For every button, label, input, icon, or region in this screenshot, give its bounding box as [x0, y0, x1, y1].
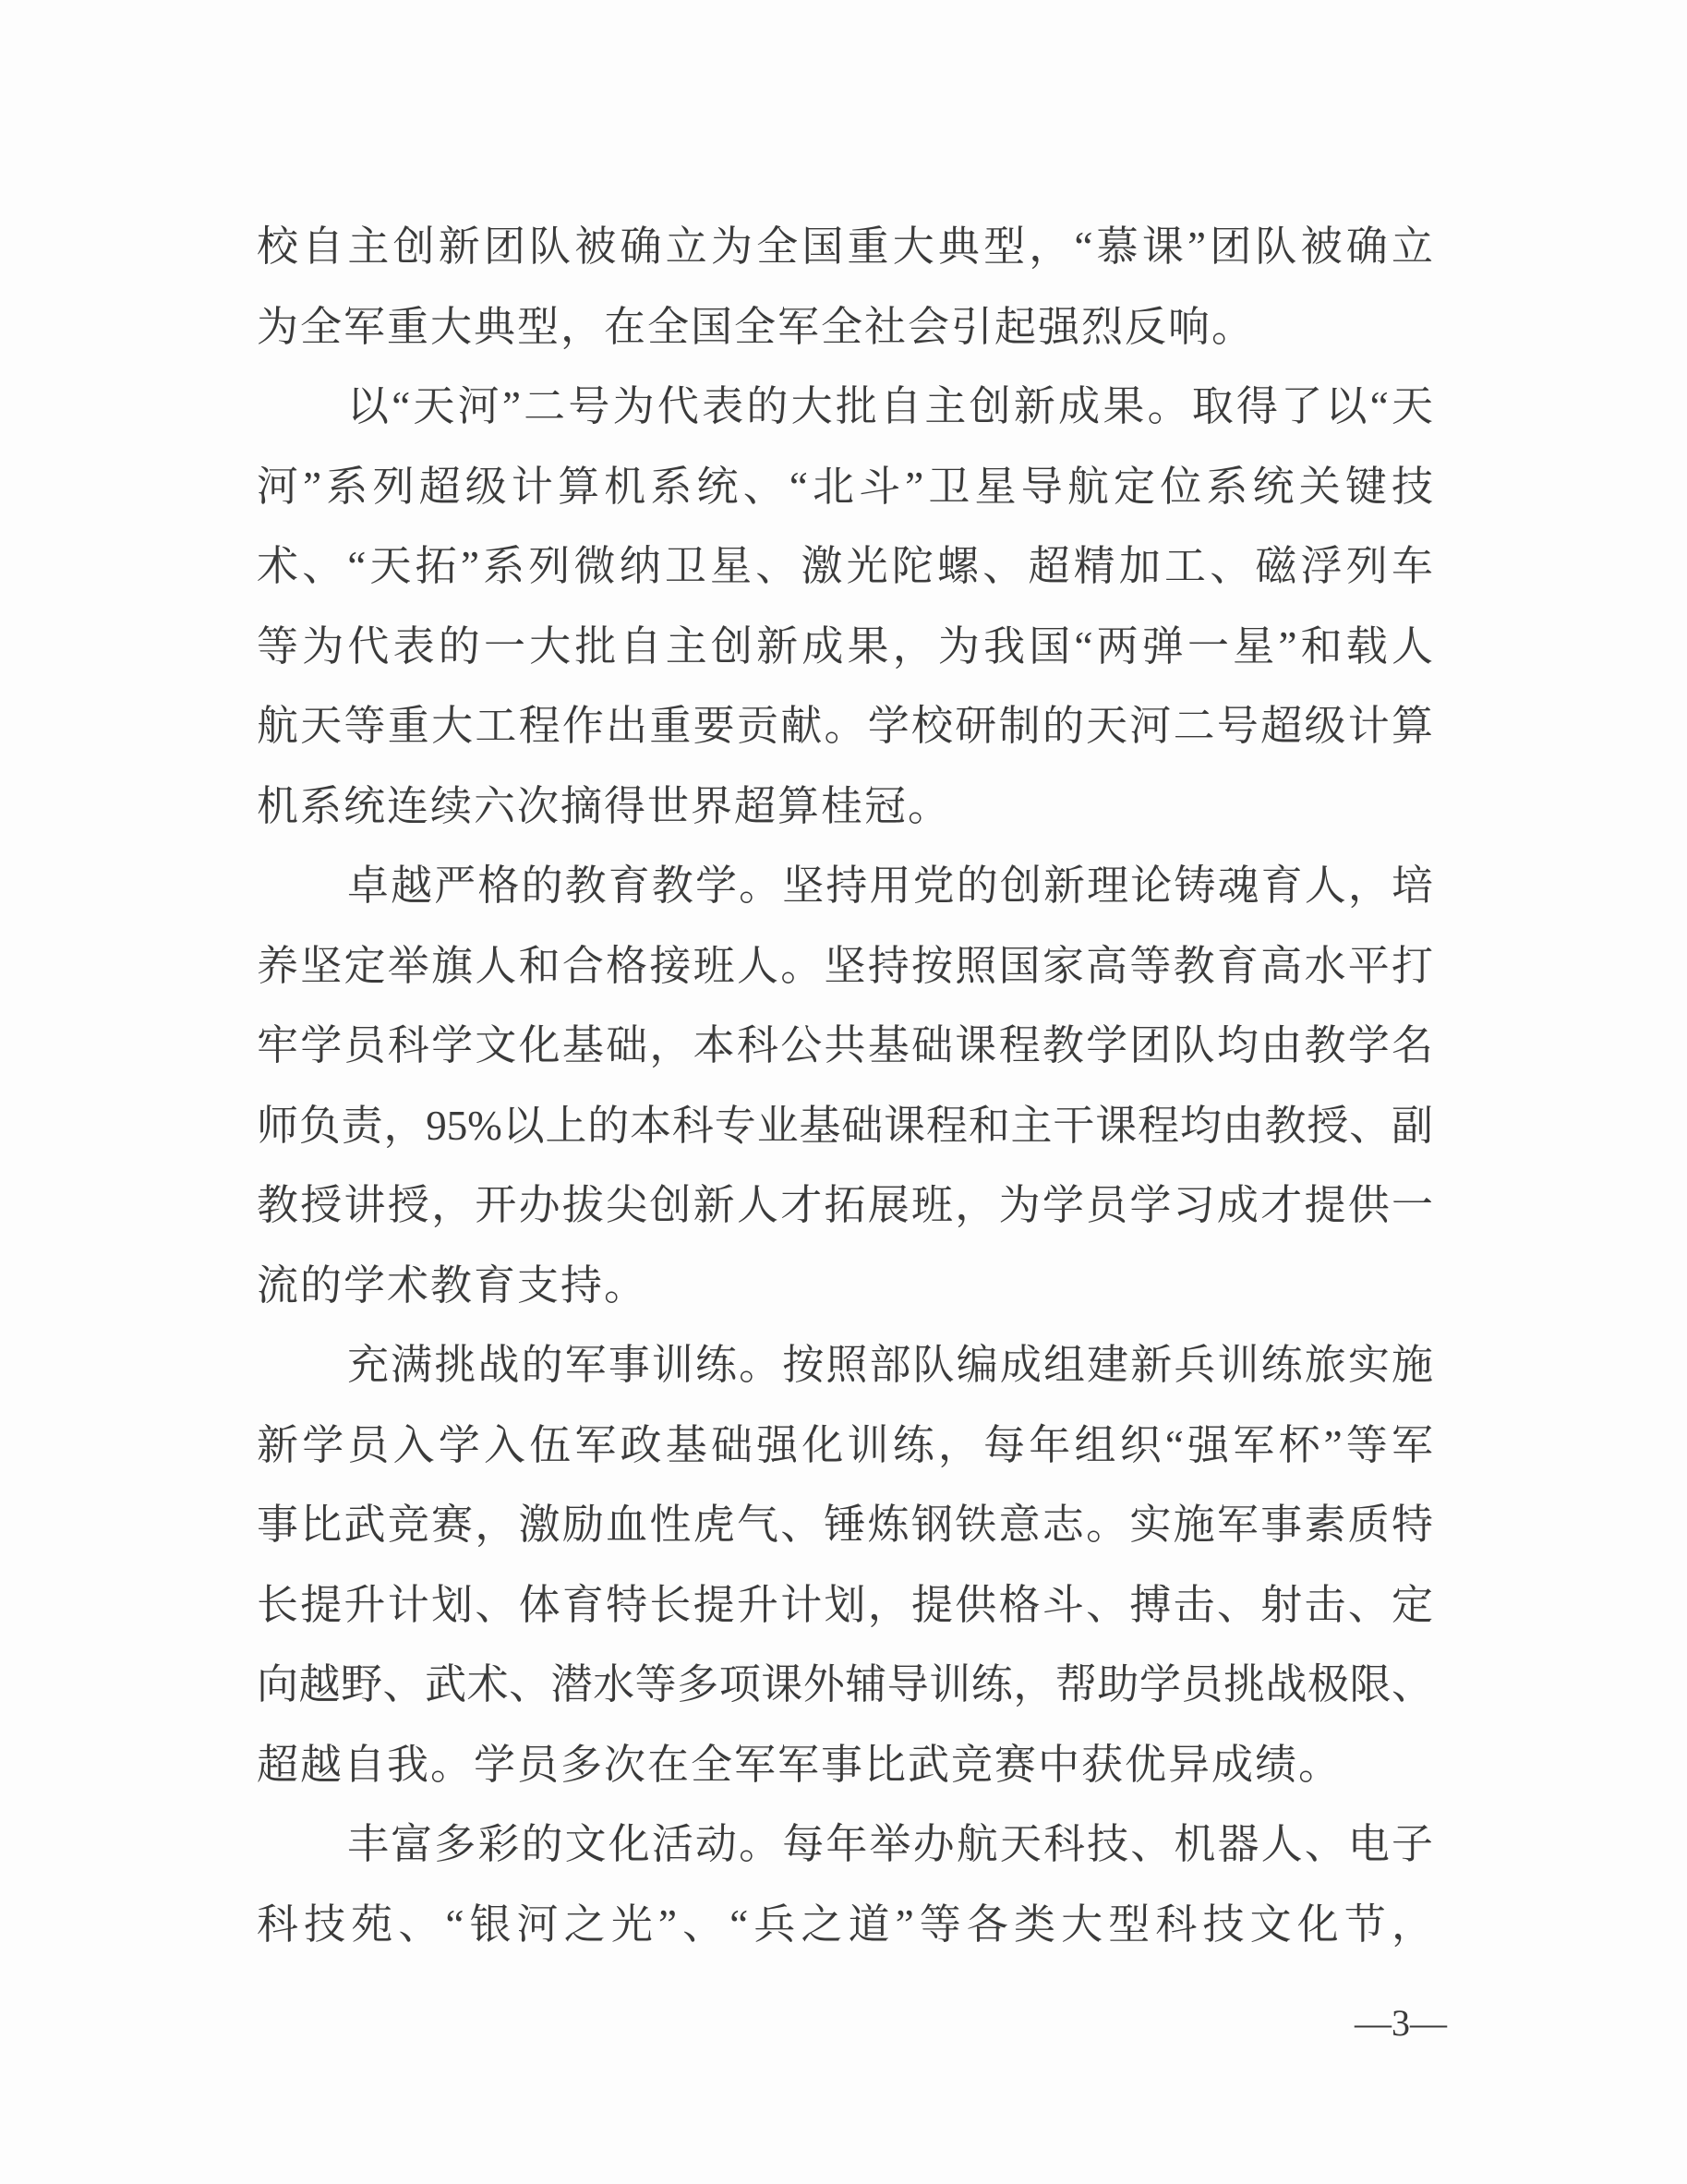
text-line: 丰富多彩的文化活动。每年举办航天科技、机器人、电子: [257, 1804, 1433, 1885]
text-line: 充满挑战的军事训练。按照部队编成组建新兵训练旅实施: [257, 1325, 1433, 1406]
text-line: 以“天河”二号为代表的大批自主创新成果。取得了以“天: [257, 367, 1433, 447]
text-line: 卓越严格的教育教学。坚持用党的创新理论铸魂育人，培: [257, 846, 1433, 926]
text-line: 事比武竞赛，激励血性虎气、锤炼钢铁意志。实施军事素质特: [257, 1485, 1433, 1565]
text-line: 向越野、武术、潜水等多项课外辅导训练，帮助学员挑战极限、: [257, 1645, 1433, 1725]
text-line: 航天等重大工程作出重要贡献。学校研制的天河二号超级计算: [257, 686, 1433, 766]
page-number: —3—: [1341, 2002, 1461, 2045]
paragraph: 校自主创新团队被确立为全国重大典型，“慕课”团队被确立为全军重大典型，在全国全军…: [257, 207, 1433, 367]
text-line: 牢学员科学文化基础，本科公共基础课程教学团队均由教学名: [257, 1006, 1433, 1086]
paragraph: 丰富多彩的文化活动。每年举办航天科技、机器人、电子科技苑、“银河之光”、“兵之道…: [257, 1804, 1433, 1964]
text-line: 机系统连续六次摘得世界超算桂冠。: [257, 766, 1433, 847]
text-line: 为全军重大典型，在全国全军全社会引起强烈反响。: [257, 287, 1433, 368]
paragraph: 卓越严格的教育教学。坚持用党的创新理论铸魂育人，培养坚定举旗人和合格接班人。坚持…: [257, 846, 1433, 1325]
text-line: 等为代表的一大批自主创新成果，为我国“两弹一星”和载人: [257, 607, 1433, 687]
document-body: 校自主创新团队被确立为全国重大典型，“慕课”团队被确立为全军重大典型，在全国全军…: [257, 207, 1433, 1964]
paragraph: 以“天河”二号为代表的大批自主创新成果。取得了以“天河”系列超级计算机系统、“北…: [257, 367, 1433, 846]
text-line: 河”系列超级计算机系统、“北斗”卫星导航定位系统关键技: [257, 447, 1433, 527]
document-page: 校自主创新团队被确立为全国重大典型，“慕课”团队被确立为全军重大典型，在全国全军…: [0, 0, 1687, 2184]
text-line: 术、“天拓”系列微纳卫星、激光陀螺、超精加工、磁浮列车: [257, 526, 1433, 607]
text-line: 校自主创新团队被确立为全国重大典型，“慕课”团队被确立: [257, 207, 1433, 287]
text-line: 教授讲授，开办拔尖创新人才拓展班，为学员学习成才提供一: [257, 1165, 1433, 1246]
paragraph: 充满挑战的军事训练。按照部队编成组建新兵训练旅实施新学员入学入伍军政基础强化训练…: [257, 1325, 1433, 1804]
text-line: 科技苑、“银河之光”、“兵之道”等各类大型科技文化节，: [257, 1885, 1433, 1965]
text-line: 养坚定举旗人和合格接班人。坚持按照国家高等教育高水平打: [257, 926, 1433, 1007]
text-line: 师负责，95%以上的本科专业基础课程和主干课程均由教授、副: [257, 1086, 1433, 1166]
text-line: 超越自我。学员多次在全军军事比武竞赛中获优异成绩。: [257, 1725, 1433, 1805]
text-line: 新学员入学入伍军政基础强化训练，每年组织“强军杯”等军: [257, 1406, 1433, 1486]
text-line: 流的学术教育支持。: [257, 1246, 1433, 1326]
text-line: 长提升计划、体育特长提升计划，提供格斗、搏击、射击、定: [257, 1565, 1433, 1646]
